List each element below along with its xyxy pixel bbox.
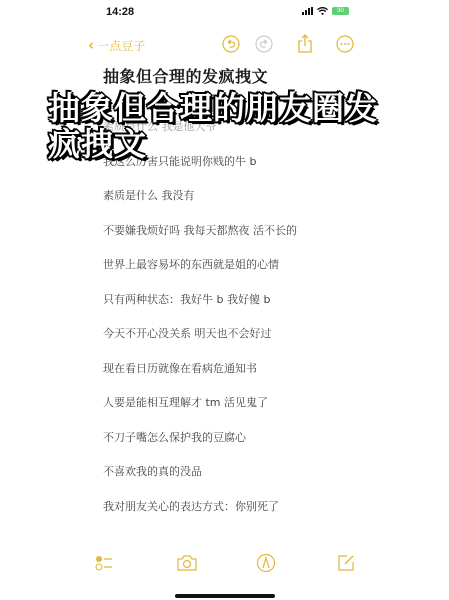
back-button[interactable]: ‹ 一点豆子: [88, 36, 145, 54]
wifi-icon: [317, 7, 328, 15]
note-line: 我对朋友关心的表达方式：你别死了: [103, 500, 423, 535]
overlay-title: 抽象但合理的朋友圈发疯拽文: [48, 90, 408, 162]
chevron-left-icon: ‹: [88, 36, 94, 54]
note-line: 今天不开心没关系 明天也不会好过: [103, 327, 423, 362]
camera-icon[interactable]: [175, 551, 199, 575]
home-indicator[interactable]: [175, 594, 275, 598]
more-icon[interactable]: [335, 34, 355, 54]
note-line: 人要是能相互理解才 tm 活见鬼了: [103, 396, 423, 431]
note-line: 现在看日历就像在看病危通知书: [103, 362, 423, 397]
status-icons: 30: [302, 7, 349, 15]
note-line: 不要嫌我烦好吗 我每天都熬夜 活不长的: [103, 224, 423, 259]
compose-icon[interactable]: [334, 551, 358, 575]
note-line: 素质是什么 我没有: [103, 189, 423, 224]
back-label: 一点豆子: [97, 37, 145, 54]
battery-icon: 30: [332, 7, 349, 15]
note-line: 只有两种状态：我好牛 b 我好傻 b: [103, 293, 423, 328]
undo-icon[interactable]: [221, 34, 241, 54]
signal-icon: [302, 7, 313, 15]
note-line: 不喜欢我的真的没品: [103, 465, 423, 500]
markup-icon[interactable]: [254, 551, 278, 575]
note-line: 世界上最容易坏的东西就是姐的心情: [103, 258, 423, 293]
note-title: 抽象但合理的发疯拽文: [103, 64, 268, 87]
share-icon[interactable]: [295, 34, 315, 54]
bottom-toolbar: [0, 551, 449, 577]
status-time: 14:28: [106, 6, 134, 18]
status-bar: 14:28 30: [0, 0, 449, 30]
checklist-icon[interactable]: [93, 551, 117, 575]
redo-icon[interactable]: [254, 34, 274, 54]
note-line: 不刀子嘴怎么保护我的豆腐心: [103, 431, 423, 466]
note-body[interactable]: 素质是什么 我是他大爷 我这么厉害只能说明你贱的牛 b 素质是什么 我没有 不要…: [103, 120, 423, 534]
nav-bar: ‹ 一点豆子: [0, 34, 449, 58]
